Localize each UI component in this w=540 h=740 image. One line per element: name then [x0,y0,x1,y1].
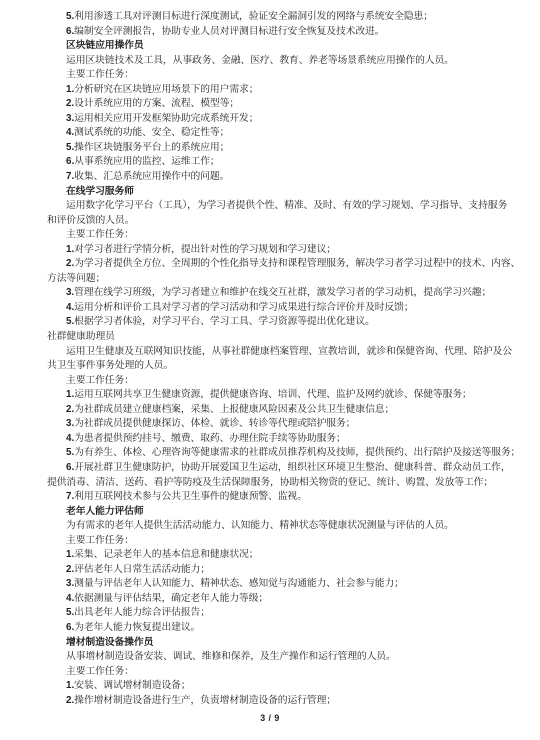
item-number: 2. [66,404,74,415]
document-line: 3.运用相关应用开发框架协助完成系统开发； [47,112,494,127]
item-text: 编制安全评测报告，协助专业人员对评测目标进行安全恢复及技术改进。 [74,26,384,37]
document-line: 1.分析研究在区块链应用场景下的用户需求； [47,83,494,98]
item-number: 2. [66,258,74,269]
item-text: 管理在线学习班级，为学习者建立和维护在线交互社群，激发学习者的学习动机，提高学习… [74,287,491,298]
document-line: 4.为患者提供预约挂号、缴费、取药、办理住院手续等协助服务； [47,432,494,447]
document-line: 从事增材制造设备安装、调试、维修和保养，及生产操作和运行管理的人员。 [47,650,494,665]
document-line: 为有需求的老年人提供生活活动能力、认知能力、精神状态等健康状况测量与评估的人员。 [47,519,494,534]
document-line: 主要工作任务： [47,374,494,389]
item-number: 3. [66,418,74,429]
item-number: 3. [66,287,74,298]
item-text: 运用分析和评价工具对学习者的学习活动和学习成果进行综合评价并及时反馈； [74,302,413,313]
item-text: 设计系统应用的方案、流程、模型等； [74,98,239,109]
document-line: 6.编制安全评测报告，协助专业人员对评测目标进行安全恢复及技术改进。 [47,25,494,40]
occupation-heading: 区块链应用操作员 [47,39,494,54]
item-number: 2. [66,564,74,575]
item-number: 4. [66,433,74,444]
item-number: 3. [66,578,74,589]
document-line: 4.测试系统的功能、安全、稳定性等； [47,126,494,141]
document-line: 3.为社群成员提供健康探访、体检、就诊、转诊等代理或陪护服务； [47,417,494,432]
item-text: 为社群成员提供健康探访、体检、就诊、转诊等代理或陪护服务； [74,418,355,429]
item-number: 2. [66,695,74,706]
item-number: 5. [66,11,74,22]
item-number: 7. [66,171,74,182]
item-number: 4. [66,302,74,313]
document-line: 5.为有养生、体检、心理咨询等健康需求的社群成员推荐机构及技师，提供预约、出行陪… [47,446,494,461]
item-text: 开展社群卫生健康防护，协助开展爱国卫生运动，组织社区环境卫生整治、健康科普、群众… [74,462,510,473]
item-number: 3. [66,113,74,124]
document-line: 3.管理在线学习班级，为学习者建立和维护在线交互社群，激发学习者的学习动机，提高… [47,286,494,301]
item-number: 1. [66,680,74,691]
occupation-heading: 在线学习服务师 [47,185,494,200]
document-line: 5.出具老年人能力综合评估报告； [47,606,494,621]
item-text: 出具老年人能力综合评估报告； [74,607,210,618]
item-number: 1. [66,549,74,560]
document-line: 和评价反馈的人员。 [47,214,494,229]
document-line: 1.采集、记录老年人的基本信息和健康状况； [47,548,494,563]
item-text: 根据学习者体验，对学习平台、学习工具、学习资源等提出优化建议。 [74,316,375,327]
item-text: 从事系统应用的监控、运维工作； [74,156,219,167]
document-line: 4.运用分析和评价工具对学习者的学习活动和学习成果进行综合评价并及时反馈； [47,301,494,316]
item-number: 6. [66,26,74,37]
document-line: 主要工作任务： [47,68,494,83]
document-viewer-page: { "colors": { "background": "#ffffff", "… [0,0,540,740]
document-line: 运用卫生健康及互联网知识技能，从事社群健康档案管理、宣教培训，就诊和保健咨询、代… [47,345,494,360]
document-line: 1.对学习者进行学情分析，提出针对性的学习规划和学习建议； [47,243,494,258]
item-text: 为患者提供预约挂号、缴费、取药、办理住院手续等协助服务； [74,433,346,444]
item-text: 操作区块链服务平台上的系统应用； [74,142,229,153]
item-text: 安装、调试增材制造设备； [74,680,190,691]
document-line: 提供消毒、清洁、送药、看护等防疫及生活保障服务，协助相关物资的登记、统计、购置、… [47,476,494,491]
item-text: 评估老年人日常生活活动能力； [74,564,210,575]
item-text: 依据测量与评估结果，确定老年人能力等级； [74,593,268,604]
item-text: 采集、记录老年人的基本信息和健康状况； [74,549,258,560]
occupation-heading: 老年人能力评估师 [47,505,494,520]
document-line: 7.利用互联网技术参与公共卫生事件的健康预警、监视。 [47,490,494,505]
document-line: 共卫生事件事务处理的人员。 [47,359,494,374]
document-text-block: 5.利用渗透工具对评测目标进行深度测试，验证安全漏洞引发的网络与系统安全隐患；6… [47,10,494,708]
item-text: 收集、汇总系统应用操作中的问题。 [74,171,229,182]
item-text: 为学习者提供全方位、全周期的个性化指导支持和课程管理服务，解决学习者学习过程中的… [74,258,520,269]
occupation-heading: 增材制造设备操作员 [47,636,494,651]
document-line: 2.为学习者提供全方位、全周期的个性化指导支持和课程管理服务，解决学习者学习过程… [47,257,494,272]
document-line: 7.收集、汇总系统应用操作中的问题。 [47,170,494,185]
occupation-heading: 社群健康助理员 [47,330,494,345]
item-number: 6. [66,622,74,633]
item-text: 分析研究在区块链应用场景下的用户需求； [74,84,258,95]
item-number: 2. [66,98,74,109]
item-number: 1. [66,84,74,95]
document-line: 2.为社群成员建立健康档案，采集、上报健康风险因素及公共卫生健康信息； [47,403,494,418]
item-number: 7. [66,491,74,502]
document-line: 主要工作任务： [47,534,494,549]
item-text: 测试系统的功能、安全、稳定性等； [74,127,229,138]
document-line: 1.安装、调试增材制造设备； [47,679,494,694]
document-line: 4.依据测量与评估结果，确定老年人能力等级； [47,592,494,607]
document-line: 运用区块链技术及工具，从事政务、金融、医疗、教育、养老等场景系统应用操作的人员。 [47,54,494,69]
document-line: 方法等问题； [47,272,494,287]
item-number: 4. [66,593,74,604]
item-text: 为社群成员建立健康档案，采集、上报健康风险因素及公共卫生健康信息； [74,404,394,415]
document-line: 2.操作增材制造设备进行生产，负责增材制造设备的运行管理； [47,694,494,709]
document-line: 5.根据学习者体验，对学习平台、学习工具、学习资源等提出优化建议。 [47,315,494,330]
item-number: 6. [66,156,74,167]
item-text: 操作增材制造设备进行生产，负责增材制造设备的运行管理； [74,695,336,706]
document-line: 3.测量与评估老年人认知能力、精神状态、感知觉与沟通能力、社会参与能力； [47,577,494,592]
document-line: 5.操作区块链服务平台上的系统应用； [47,141,494,156]
item-text: 为老年人能力恢复提出建议。 [74,622,200,633]
item-number: 5. [66,142,74,153]
item-number: 6. [66,462,74,473]
item-text: 利用互联网技术参与公共卫生事件的健康预警、监视。 [74,491,307,502]
item-number: 1. [66,389,74,400]
item-text: 为有养生、体检、心理咨询等健康需求的社群成员推荐机构及技师，提供预约、出行陪护及… [74,447,520,458]
document-line: 主要工作任务： [47,228,494,243]
document-line: 1.运用互联网共享卫生健康资源，提供健康咨询、培训、代理、监护及网约就诊、保健等… [47,388,494,403]
document-line: 5.利用渗透工具对评测目标进行深度测试，验证安全漏洞引发的网络与系统安全隐患； [47,10,494,25]
document-line: 主要工作任务： [47,665,494,680]
document-line: 运用数字化学习平台（工具），为学习者提供个性、精准、及时、有效的学习规划、学习指… [47,199,494,214]
item-number: 5. [66,447,74,458]
document-page: 5.利用渗透工具对评测目标进行深度测试，验证安全漏洞引发的网络与系统安全隐患；6… [0,0,540,740]
item-text: 运用互联网共享卫生健康资源，提供健康咨询、培训、代理、监护及网约就诊、保健等服务… [74,389,472,400]
item-number: 5. [66,607,74,618]
item-number: 4. [66,127,74,138]
item-text: 测量与评估老年人认知能力、精神状态、感知觉与沟通能力、社会参与能力； [74,578,404,589]
document-line: 6.为老年人能力恢复提出建议。 [47,621,494,636]
document-line: 6.开展社群卫生健康防护，协助开展爱国卫生运动，组织社区环境卫生整治、健康科普、… [47,461,494,476]
document-line: 6.从事系统应用的监控、运维工作； [47,155,494,170]
item-text: 对学习者进行学情分析，提出针对性的学习规划和学习建议； [74,244,336,255]
document-line: 2.评估老年人日常生活活动能力； [47,563,494,578]
item-text: 利用渗透工具对评测目标进行深度测试，验证安全漏洞引发的网络与系统安全隐患； [74,11,433,22]
item-number: 5. [66,316,74,327]
document-line: 2.设计系统应用的方案、流程、模型等； [47,97,494,112]
item-number: 1. [66,244,74,255]
item-text: 运用相关应用开发框架协助完成系统开发； [74,113,258,124]
page-number: 3 / 9 [0,713,540,723]
